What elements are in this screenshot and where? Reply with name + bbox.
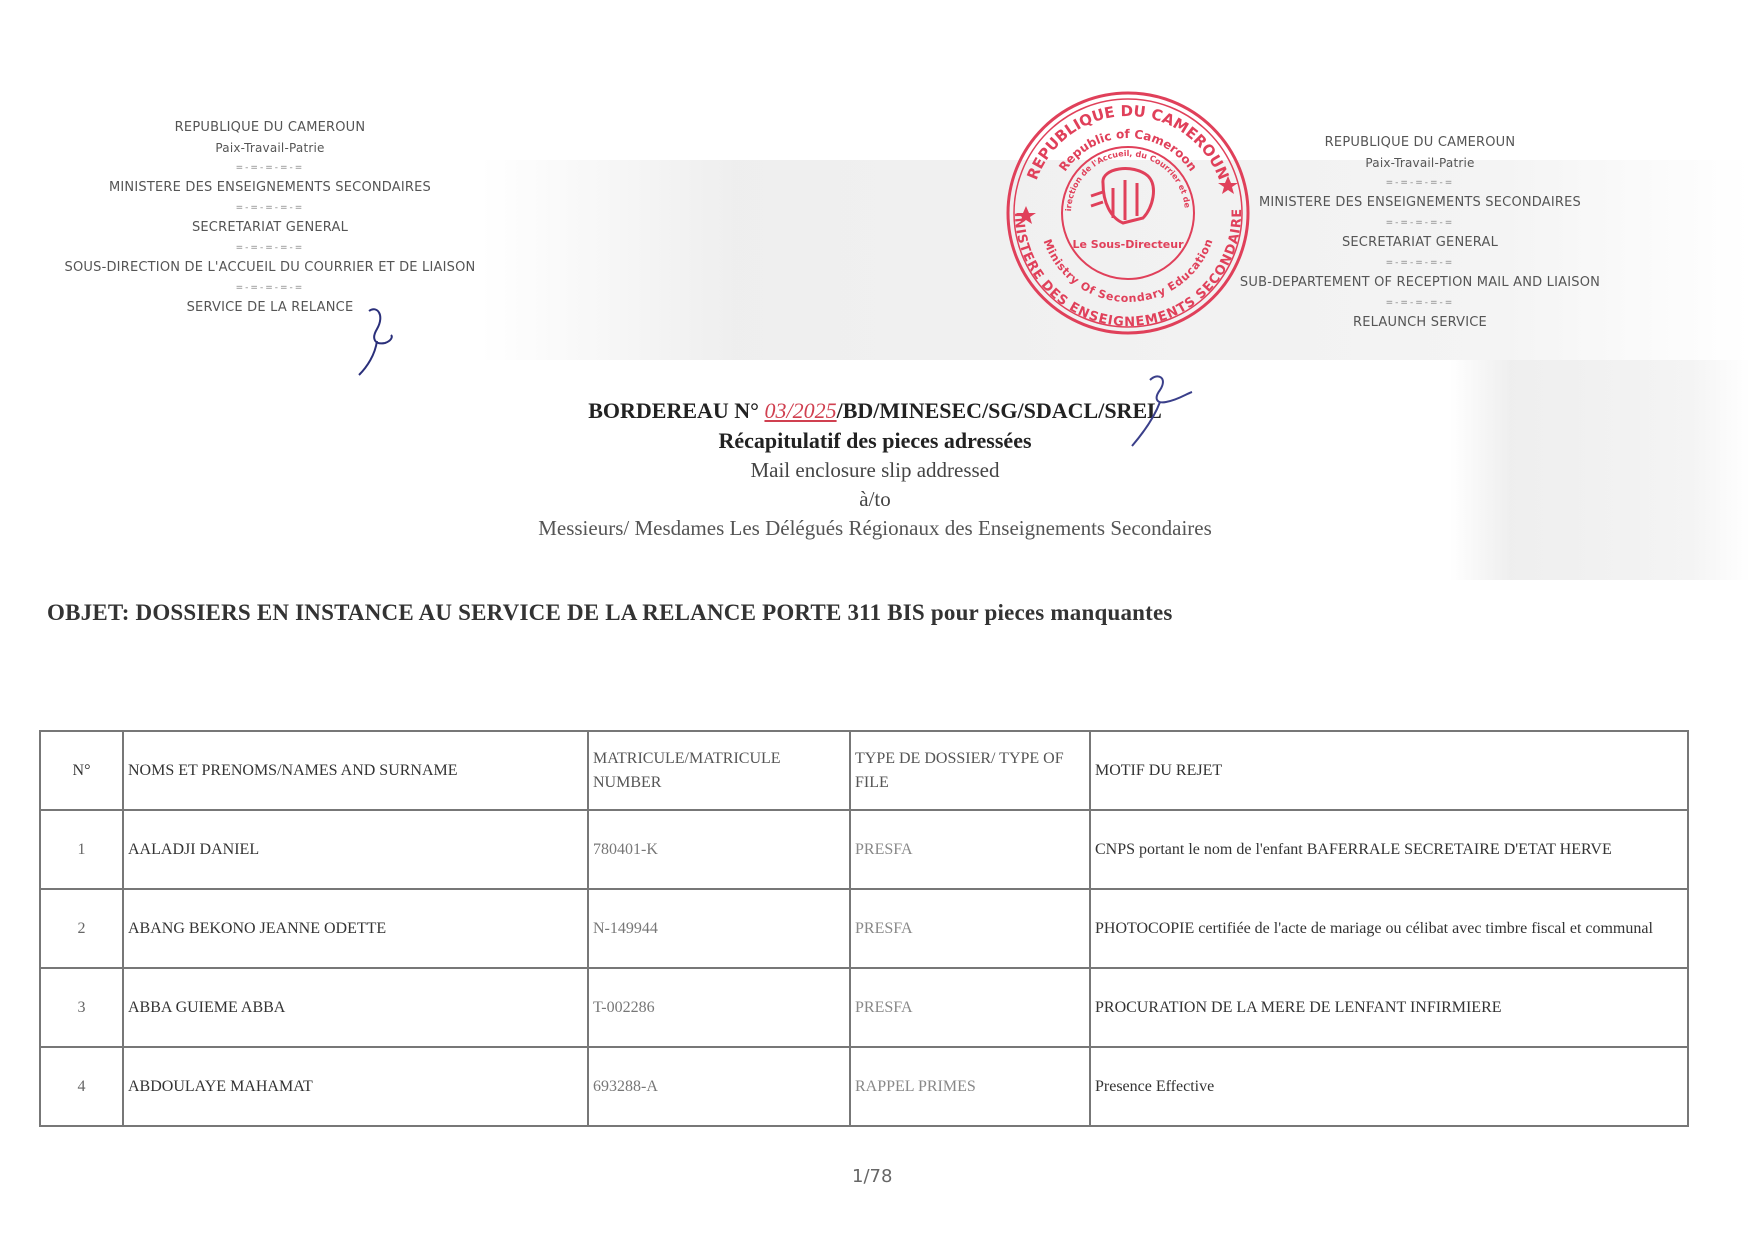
row-name: ABDOULAYE MAHAMAT (123, 1047, 588, 1126)
bordereau-prefix: BORDEREAU N° (588, 398, 759, 423)
row-name: ABANG BEKONO JEANNE ODETTE (123, 889, 588, 968)
bordereau-suffix: /BD/MINESEC/SG/SDACL/SREL (837, 398, 1162, 423)
row-number: 1 (40, 810, 123, 889)
table-row: 2 ABANG BEKONO JEANNE ODETTE N-149944 PR… (40, 889, 1688, 968)
row-file-type: PRESFA (850, 810, 1090, 889)
row-file-type: PRESFA (850, 889, 1090, 968)
row-matricule: N-149944 (588, 889, 850, 968)
header-name: NOMS ET PRENOMS/NAMES AND SURNAME (123, 731, 588, 810)
separator: =-=-=-=-= (55, 238, 485, 258)
table-row: 3 ABBA GUIEME ABBA T-002286 PRESFA PROCU… (40, 968, 1688, 1047)
header-file-type: TYPE DE DOSSIER/ TYPE OF FILE (850, 731, 1090, 810)
header-number: N° (40, 731, 123, 810)
letterhead-french: REPUBLIQUE DU CAMEROUN Paix-Travail-Patr… (55, 118, 485, 318)
to-label: à/to (400, 485, 1350, 514)
table-row: 1 AALADJI DANIEL 780401-K PRESFA CNPS po… (40, 810, 1688, 889)
svg-text:REPUBLIQUE DU CAMEROUN: REPUBLIQUE DU CAMEROUN (1023, 102, 1232, 182)
handwritten-initial-icon (355, 305, 405, 380)
title-block: BORDEREAU N° 03/2025/BD/MINESEC/SG/SDACL… (400, 396, 1350, 543)
row-matricule: 780401-K (588, 810, 850, 889)
stamp-text-top: REPUBLIQUE DU CAMEROUN (1023, 102, 1232, 182)
scan-shading (1450, 360, 1750, 580)
official-stamp-icon: REPUBLIQUE DU CAMEROUN Republic of Camer… (1003, 88, 1253, 338)
row-name: ABBA GUIEME ABBA (123, 968, 588, 1047)
header-matricule: MATRICULE/MATRICULE NUMBER (588, 731, 850, 810)
page-number: 1/78 (852, 1166, 892, 1187)
table-row: 4 ABDOULAYE MAHAMAT 693288-A RAPPEL PRIM… (40, 1047, 1688, 1126)
row-file-type: RAPPEL PRIMES (850, 1047, 1090, 1126)
handwritten-reference-number: 03/2025 (764, 398, 836, 423)
handwritten-signature-icon (1120, 372, 1200, 452)
row-matricule: T-002286 (588, 968, 850, 1047)
service-name: SERVICE DE LA RELANCE (55, 298, 485, 318)
secretariat-name: SECRETARIAT GENERAL (55, 218, 485, 238)
row-name: AALADJI DANIEL (123, 810, 588, 889)
separator: =-=-=-=-= (55, 198, 485, 218)
separator: =-=-=-=-= (55, 158, 485, 178)
recipients: Messieurs/ Mesdames Les Délégués Régiona… (400, 514, 1350, 543)
row-number: 3 (40, 968, 123, 1047)
country-name: REPUBLIQUE DU CAMEROUN (55, 118, 485, 138)
separator: =-=-=-=-= (55, 278, 485, 298)
row-number: 4 (40, 1047, 123, 1126)
table-header-row: N° NOMS ET PRENOMS/NAMES AND SURNAME MAT… (40, 731, 1688, 810)
ministry-name: MINISTERE DES ENSEIGNEMENTS SECONDAIRES (55, 178, 485, 198)
row-rejection-reason: CNPS portant le nom de l'enfant BAFERRAL… (1090, 810, 1688, 889)
row-rejection-reason: Presence Effective (1090, 1047, 1688, 1126)
row-number: 2 (40, 889, 123, 968)
header-rejection-reason: MOTIF DU REJET (1090, 731, 1688, 810)
row-rejection-reason: PHOTOCOPIE certifiée de l'acte de mariag… (1090, 889, 1688, 968)
row-rejection-reason: PROCURATION DE LA MERE DE LENFANT INFIRM… (1090, 968, 1688, 1047)
recap-heading: Récapitulatif des pieces adressées (400, 426, 1350, 456)
mail-slip-heading: Mail enclosure slip addressed (400, 456, 1350, 485)
row-matricule: 693288-A (588, 1047, 850, 1126)
subject-line: OBJET: DOSSIERS EN INSTANCE AU SERVICE D… (47, 600, 1173, 626)
stamp-text-center: Le Sous-Directeur (1072, 238, 1184, 251)
national-motto: Paix-Travail-Patrie (55, 138, 485, 158)
row-file-type: PRESFA (850, 968, 1090, 1047)
bordereau-reference: BORDEREAU N° 03/2025/BD/MINESEC/SG/SDACL… (400, 396, 1350, 426)
subdirection-name: SOUS-DIRECTION DE L'ACCUEIL DU COURRIER … (55, 258, 485, 278)
dossiers-table: N° NOMS ET PRENOMS/NAMES AND SURNAME MAT… (39, 730, 1689, 1127)
